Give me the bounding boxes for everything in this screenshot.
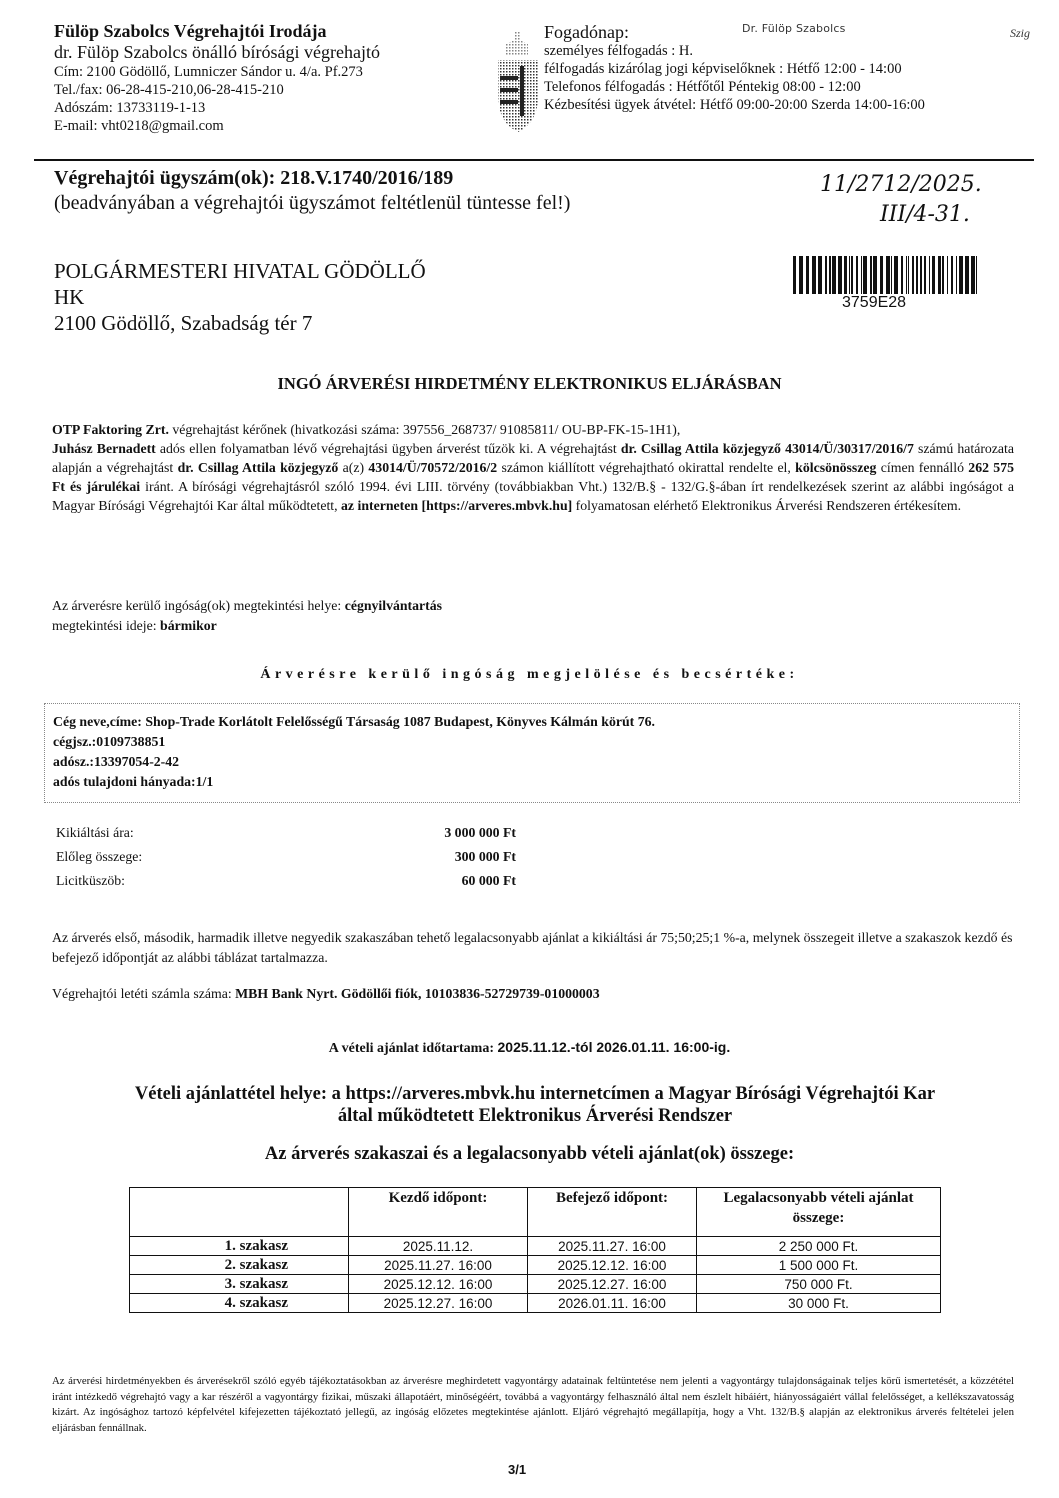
table-header-row: Kezdő időpont: Befejező időpont: Legalac…: [130, 1188, 941, 1237]
table-cell: 750 000 Ft.: [697, 1275, 941, 1294]
page-number: 3/1: [508, 1462, 526, 1477]
reception-hours: Fogadónap: személyes félfogadás : H. fél…: [544, 22, 1014, 114]
bid-place-line: Vételi ajánlattétel helye: a https://arv…: [40, 1083, 1030, 1105]
table-cell: 1 500 000 Ft.: [697, 1256, 941, 1275]
received-stamp: Dr. Fülöp Szabolcs: [742, 22, 846, 35]
addressee-line: HK: [54, 284, 426, 310]
disclaimer: Az árverési hirdetményekben és árverések…: [52, 1374, 1014, 1436]
office-address: Cím: 2100 Gödöllő, Lumniczer Sándor u. 4…: [54, 63, 484, 81]
bid-place-line: által működtetett Elektronikus Árverési …: [40, 1105, 1030, 1127]
period-value: 2025.11.12.-tól 2026.01.11. 16:00-ig.: [498, 1039, 731, 1055]
item-line: Cég neve,címe: Shop-Trade Korlátolt Fele…: [45, 704, 1019, 732]
document-number: 43014/Ü/70572/2016/2: [368, 460, 497, 475]
price-list: Kikiáltási ára:3 000 000 Ft Előleg össze…: [56, 821, 516, 893]
auction-site-link[interactable]: az interneten [https://arveres.mbvk.hu]: [341, 498, 572, 513]
offer-period: A vételi ajánlat időtartama: 2025.11.12.…: [0, 1039, 1059, 1057]
stages-description: Az árverés első, második, harmadik illet…: [52, 928, 1022, 968]
price-row: Előleg összege:300 000 Ft: [56, 845, 516, 869]
table-cell: 2025.11.27. 16:00: [528, 1237, 697, 1256]
document-title: INGÓ ÁRVERÉSI HIRDETMÉNY ELEKTRONIKUS EL…: [0, 374, 1059, 394]
table-header: [130, 1188, 349, 1237]
table-cell: 2025.12.27. 16:00: [528, 1275, 697, 1294]
office-phone: Tel./fax: 06-28-415-210,06-28-415-210: [54, 81, 484, 99]
item-line: adós tulajdoni hányada:1/1: [45, 772, 1019, 792]
period-label: A vételi ajánlat időtartama:: [329, 1041, 498, 1056]
table-header: Befejező időpont:: [528, 1188, 697, 1237]
header-divider: [34, 159, 1034, 161]
viewing-time-value: bármikor: [160, 618, 217, 633]
decision-number: 43014/Ü/30317/2016/7: [785, 441, 914, 456]
barcode-icon: [793, 256, 981, 294]
stage-name: 1. szakasz: [130, 1237, 349, 1256]
addressee-line: POLGÁRMESTERI HIVATAL GÖDÖLLŐ: [54, 258, 426, 284]
table-cell: 30 000 Ft.: [697, 1294, 941, 1313]
table-cell: 2025.12.27. 16:00: [349, 1294, 528, 1313]
text: adós ellen folyamatban lévő végrehajtási…: [156, 441, 621, 456]
table-cell: 2025.11.27. 16:00: [349, 1256, 528, 1275]
creditor-name: OTP Faktoring Zrt.: [52, 422, 169, 437]
text: címen fennálló: [876, 460, 968, 475]
item-line: adósz.:13397054-2-42: [45, 752, 1019, 772]
table-row: 4. szakasz2025.12.27. 16:002026.01.11. 1…: [130, 1294, 941, 1313]
handwritten-registration: 11/2712/2025.: [820, 170, 982, 200]
bailiff-name: dr. Fülöp Szabolcs önálló bírósági végre…: [54, 42, 484, 63]
table-header: Legalacsonyabb vételi ajánlat összege:: [697, 1188, 941, 1237]
price-row: Licitküszöb:60 000 Ft: [56, 869, 516, 893]
table-row: 1. szakasz2025.11.12.2025.11.27. 16:002 …: [130, 1237, 941, 1256]
reception-line: Telefonos félfogadás : Hétfőtől Péntekig…: [544, 78, 1014, 96]
office-email: E-mail: vht0218@gmail.com: [54, 117, 484, 135]
stages-table-title: Az árverés szakaszai és a legalacsonyabb…: [0, 1144, 1059, 1165]
debtor-name: Juhász Bernadett: [52, 441, 156, 456]
stage-name: 4. szakasz: [130, 1294, 349, 1313]
table-header: Kezdő időpont:: [349, 1188, 528, 1237]
text: folyamatosan elérhető Elektronikus Árver…: [572, 498, 961, 513]
reception-line: félfogadás kizárólag jogi képviselőknek …: [544, 60, 1014, 78]
table-cell: 2 250 000 Ft.: [697, 1237, 941, 1256]
price-value: 3 000 000 Ft: [444, 821, 516, 845]
table-row: 3. szakasz2025.12.12. 16:002025.12.27. 1…: [130, 1275, 941, 1294]
viewing-time-label: megtekintési ideje:: [52, 618, 160, 633]
case-number: Végrehajtói ügyszám(ok): 218.V.1740/2016…: [54, 166, 754, 191]
price-label: Kikiáltási ára:: [56, 821, 134, 845]
table-cell: 2025.12.12. 16:00: [528, 1256, 697, 1275]
bank-label: Végrehajtói letéti számla száma:: [52, 986, 235, 1001]
table-row: 2. szakasz2025.11.27. 16:002025.12.12. 1…: [130, 1256, 941, 1275]
price-label: Licitküszöb:: [56, 869, 125, 893]
reception-line: személyes félfogadás : H.: [544, 42, 1014, 60]
text: számon kiállított végrehajtható okiratta…: [497, 460, 795, 475]
bid-place: Vételi ajánlattétel helye: a https://arv…: [40, 1083, 1030, 1127]
body-paragraph: OTP Faktoring Zrt. végrehajtást kérőnek …: [52, 420, 1014, 515]
price-value: 60 000 Ft: [462, 869, 516, 893]
price-label: Előleg összege:: [56, 845, 142, 869]
reception-line: Kézbesítési ügyek átvétel: Hétfő 09:00-2…: [544, 96, 1014, 114]
office-tax-number: Adószám: 13733119-1-13: [54, 99, 484, 117]
case-block: Végrehajtói ügyszám(ok): 218.V.1740/2016…: [54, 166, 754, 216]
stamp-signature: Szig: [1010, 26, 1030, 41]
addressee: POLGÁRMESTERI HIVATAL GÖDÖLLŐ HK 2100 Gö…: [54, 258, 426, 336]
hungarian-coat-of-arms-icon: [494, 26, 542, 136]
auction-stages-table: Kezdő időpont: Befejező időpont: Legalac…: [129, 1187, 941, 1313]
table-cell: 2025.12.12. 16:00: [349, 1275, 528, 1294]
viewing-place-value: cégnyilvántartás: [345, 598, 442, 613]
stage-name: 2. szakasz: [130, 1256, 349, 1275]
table-cell: 2026.01.11. 16:00: [528, 1294, 697, 1313]
stage-name: 3. szakasz: [130, 1275, 349, 1294]
office-name: Fülöp Szabolcs Végrehajtói Irodája: [54, 20, 484, 42]
text: végrehajtást kérőnek (hivatkozási száma:…: [169, 422, 680, 437]
item-description-box: Cég neve,címe: Shop-Trade Korlátolt Fele…: [44, 703, 1020, 803]
addressee-line: 2100 Gödöllő, Szabadság tér 7: [54, 310, 426, 336]
handwritten-registration-2: III/4-31.: [880, 200, 970, 230]
price-row: Kikiáltási ára:3 000 000 Ft: [56, 821, 516, 845]
notary-name: dr. Csillag Attila közjegyző: [178, 460, 339, 475]
viewing-info: Az árverésre kerülő ingóság(ok) megtekin…: [52, 596, 442, 636]
barcode-number: 3759E28: [842, 294, 906, 312]
item-line: cégjsz.:0109738851: [45, 732, 1019, 752]
claim-type: kölcsönösszeg: [795, 460, 876, 475]
bank-value: MBH Bank Nyrt. Gödöllői fiók, 10103836-5…: [235, 986, 599, 1001]
notary-name: dr. Csillag Attila közjegyző: [621, 441, 781, 456]
item-section-title: Árverésre kerülő ingóság megjelölése és …: [0, 667, 1059, 683]
bank-account: Végrehajtói letéti számla száma: MBH Ban…: [52, 986, 600, 1002]
viewing-place-label: Az árverésre kerülő ingóság(ok) megtekin…: [52, 598, 345, 613]
case-note: (beadványában a végrehajtói ügyszámot fe…: [54, 191, 754, 216]
office-header: Fülöp Szabolcs Végrehajtói Irodája dr. F…: [54, 20, 484, 135]
text: a(z): [338, 460, 368, 475]
table-cell: 2025.11.12.: [349, 1237, 528, 1256]
price-value: 300 000 Ft: [455, 845, 516, 869]
